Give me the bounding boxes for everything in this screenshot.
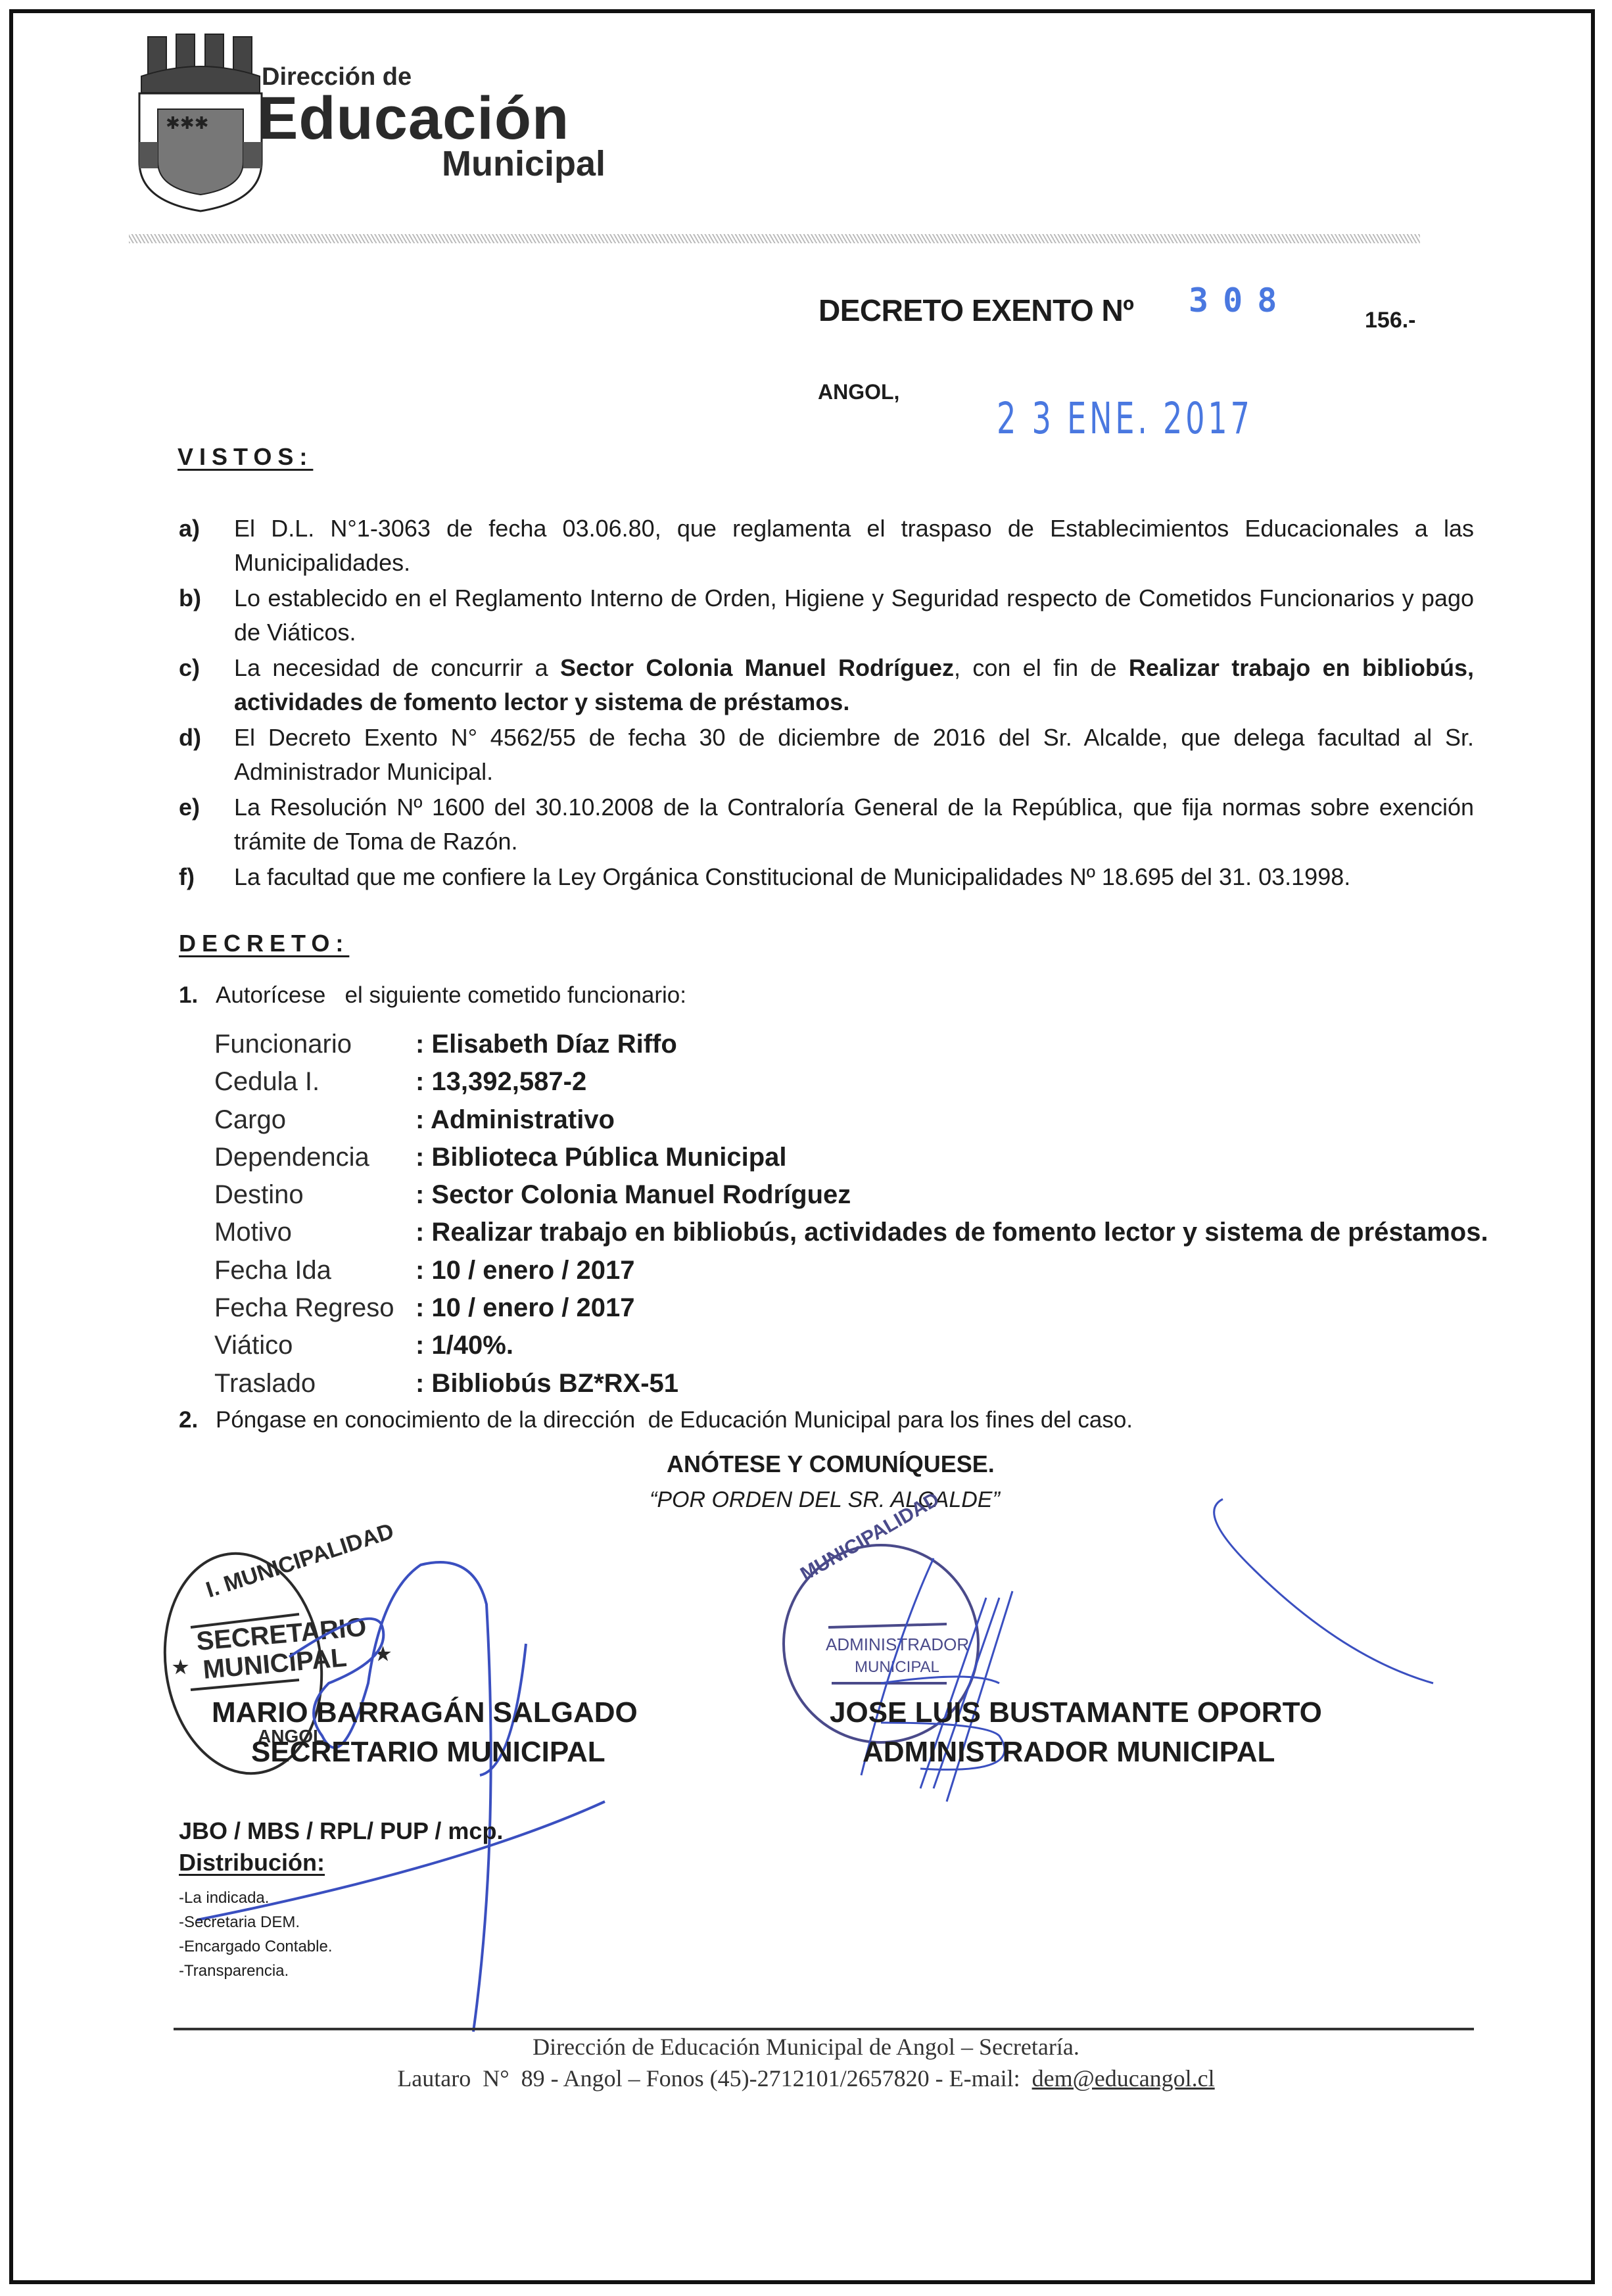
field-key: Traslado	[214, 1365, 415, 1402]
vistos-item: a) El D.L. N°1-3063 de fecha 03.06.80, q…	[179, 512, 1474, 580]
administrator-name: JOSE LUIS BUSTAMANTE OPORTO	[830, 1696, 1322, 1729]
item-text: Lo establecido en el Reglamento Interno …	[234, 581, 1474, 650]
field-key: Cedula I.	[214, 1063, 415, 1101]
field-value: : 1/40%.	[415, 1327, 513, 1364]
field-row: Fecha Regreso: 10 / enero / 2017	[214, 1289, 1488, 1327]
item-text: Póngase en conocimiento de la dirección …	[216, 1407, 1133, 1433]
field-row: Destino: Sector Colonia Manuel Rodríguez	[214, 1176, 1488, 1214]
decree-suffix: 156.-	[1365, 308, 1416, 333]
field-value: : Bibliobús BZ*RX-51	[415, 1365, 678, 1402]
distribution-heading: Distribución:	[179, 1849, 325, 1877]
item-text: El Decreto Exento N° 4562/55 de fecha 30…	[234, 721, 1474, 789]
decreto-heading: DECRETO:	[179, 930, 349, 957]
item-label: d)	[179, 721, 234, 789]
administrator-title: ADMINISTRADOR MUNICIPAL	[863, 1736, 1275, 1769]
vistos-heading: VISTOS:	[178, 443, 313, 471]
field-value: : 13,392,587-2	[415, 1063, 586, 1101]
field-value: : Biblioteca Pública Municipal	[415, 1139, 787, 1176]
field-key: Fecha Ida	[214, 1252, 415, 1289]
field-value: : Elisabeth Díaz Riffo	[415, 1026, 677, 1063]
reference-initials: JBO / MBS / RPL/ PUP / mcp.	[179, 1817, 503, 1845]
field-key: Motivo	[214, 1214, 415, 1251]
field-value: : 10 / enero / 2017	[415, 1252, 635, 1289]
footer-divider	[174, 2028, 1474, 2030]
field-row: Fecha Ida: 10 / enero / 2017	[214, 1252, 1488, 1289]
vistos-item: f) La facultad que me confiere la Ley Or…	[179, 860, 1474, 894]
coat-of-arms-icon: ✱✱✱	[131, 30, 270, 214]
item-number: 1.	[179, 982, 216, 1009]
item-label: c)	[179, 651, 234, 719]
svg-text:✱✱✱: ✱✱✱	[166, 113, 208, 133]
field-key: Destino	[214, 1176, 415, 1214]
date-stamp: 2 3 ENE. 2017	[997, 393, 1253, 444]
item-text: La necesidad de concurrir a Sector Colon…	[234, 651, 1474, 719]
field-key: Cargo	[214, 1101, 415, 1139]
footer-address: Lautaro N° 89 - Angol – Fonos (45)-27121…	[397, 2065, 1031, 2092]
distribution-item: -Transparencia.	[179, 1959, 332, 1983]
by-order-of-mayor: “POR ORDEN DEL SR. ALCALDE”	[650, 1487, 1000, 1513]
vistos-item: c) La necesidad de concurrir a Sector Co…	[179, 651, 1474, 719]
decree-item-2: 2. Póngase en conocimiento de la direcci…	[179, 1407, 1133, 1433]
city-label: ANGOL,	[818, 380, 899, 404]
field-key: Dependencia	[214, 1139, 415, 1176]
vistos-item: e) La Resolución Nº 1600 del 30.10.2008 …	[179, 790, 1474, 859]
field-value: : Realizar trabajo en bibliobús, activid…	[415, 1214, 1488, 1251]
field-key: Funcionario	[214, 1026, 415, 1063]
field-key: Viático	[214, 1327, 415, 1364]
distribution-item: -Secretaria DEM.	[179, 1910, 332, 1934]
item-text: El D.L. N°1-3063 de fecha 03.06.80, que …	[234, 512, 1474, 580]
header-divider	[129, 234, 1420, 243]
field-key: Fecha Regreso	[214, 1289, 415, 1327]
item-text: Autorícese el siguiente cometido funcion…	[216, 982, 686, 1009]
item-label: f)	[179, 860, 234, 894]
field-value: : 10 / enero / 2017	[415, 1289, 635, 1327]
item-text: La facultad que me confiere la Ley Orgán…	[234, 860, 1474, 894]
decree-item-1: 1. Autorícese el siguiente cometido func…	[179, 982, 686, 1009]
decree-title: DECRETO EXENTO Nº	[818, 293, 1133, 328]
vistos-item: b) Lo establecido en el Reglamento Inter…	[179, 581, 1474, 650]
vistos-item: d) El Decreto Exento N° 4562/55 de fecha…	[179, 721, 1474, 789]
destination-bold: Sector Colonia Manuel Rodríguez	[560, 654, 954, 681]
field-row: Traslado: Bibliobús BZ*RX-51	[214, 1365, 1488, 1402]
distribution-list: -La indicada. -Secretaria DEM. -Encargad…	[179, 1886, 332, 1983]
field-row: Cargo: Administrativo	[214, 1101, 1488, 1139]
closing-formula: ANÓTESE Y COMUNÍQUESE.	[667, 1450, 995, 1478]
distribution-item: -Encargado Contable.	[179, 1934, 332, 1959]
org-name-line3: Municipal	[442, 143, 605, 184]
secretary-name: MARIO BARRAGÁN SALGADO	[212, 1696, 638, 1729]
field-value: : Sector Colonia Manuel Rodríguez	[415, 1176, 851, 1214]
footer-line1: Dirección de Educación Municipal de Ango…	[0, 2033, 1612, 2061]
decree-number-stamp: 308	[1189, 281, 1291, 320]
footer-email-link[interactable]: dem@educangol.cl	[1032, 2065, 1215, 2092]
commission-fields: Funcionario: Elisabeth Díaz Riffo Cedula…	[214, 1026, 1488, 1402]
item-label: b)	[179, 581, 234, 650]
secretary-title: SECRETARIO MUNICIPAL	[251, 1736, 605, 1769]
field-row: Cedula I.: 13,392,587-2	[214, 1063, 1488, 1101]
vistos-list: a) El D.L. N°1-3063 de fecha 03.06.80, q…	[179, 512, 1474, 896]
field-row: Motivo: Realizar trabajo en bibliobús, a…	[214, 1214, 1488, 1251]
footer-line2: Lautaro N° 89 - Angol – Fonos (45)-27121…	[0, 2065, 1612, 2092]
field-row: Viático: 1/40%.	[214, 1327, 1488, 1364]
field-row: Dependencia: Biblioteca Pública Municipa…	[214, 1139, 1488, 1176]
item-text-part: La necesidad de concurrir a	[234, 654, 560, 681]
distribution-item: -La indicada.	[179, 1886, 332, 1910]
field-row: Funcionario: Elisabeth Díaz Riffo	[214, 1026, 1488, 1063]
item-label: a)	[179, 512, 234, 580]
item-text-part: , con el fin de	[954, 654, 1129, 681]
item-text: La Resolución Nº 1600 del 30.10.2008 de …	[234, 790, 1474, 859]
item-label: e)	[179, 790, 234, 859]
item-number: 2.	[179, 1407, 216, 1433]
field-value: : Administrativo	[415, 1101, 615, 1139]
